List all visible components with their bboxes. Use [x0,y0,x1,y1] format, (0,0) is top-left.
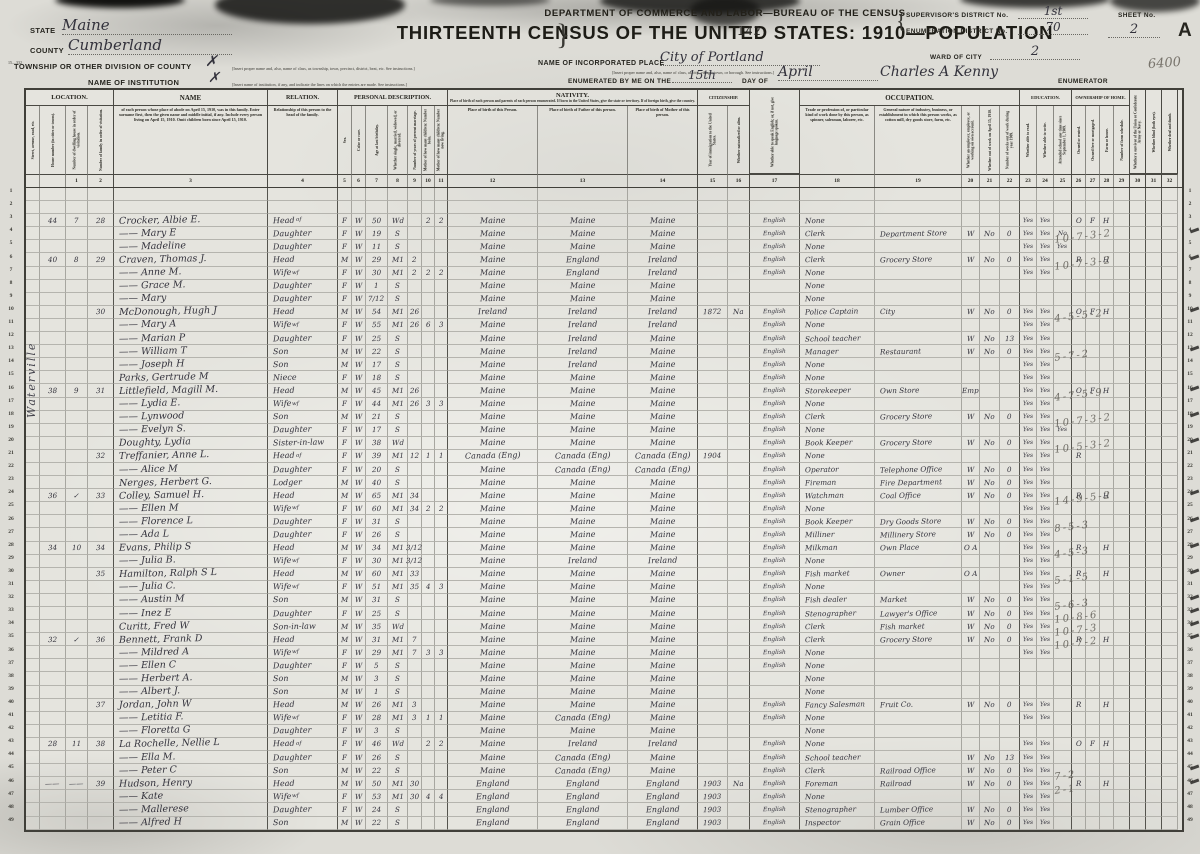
cell-sex: F [338,371,352,384]
cell-father_birthplace: Maine [538,568,628,581]
value-employer_class: Emp [962,386,979,395]
enumerator-label: ENUMERATOR [1058,78,1108,85]
cell-weeks_out: 0 [1000,620,1020,633]
cell-age: 53 [366,790,388,803]
cell-immigration_year [698,542,728,555]
value-trade: Stenographer [805,804,856,814]
cell-relation: Daughter [268,227,338,240]
cell-color: W [352,738,366,751]
cell-family: 30 [88,306,114,319]
value-relation: Lodger [273,477,302,487]
cell-employer_class: W [962,817,980,830]
cell-out_of_work [980,371,1000,384]
cell-children_born [422,777,435,790]
cell-children_living [435,764,448,777]
cell-marital: M1 [388,581,408,594]
cell-children_born [422,332,435,345]
cell-home_free_mortgaged [1086,476,1100,489]
cell-trade: Clerk [800,253,875,266]
cell-employer_class [962,293,980,306]
value-age: 22 [372,818,381,827]
cell-naturalized [728,594,750,607]
cell-sex: F [338,437,352,450]
line-number-left: 24 [1,489,21,495]
cell-yrs_married: 26 [408,319,422,332]
cell-write: Yes [1037,620,1054,633]
township-label: TOWNSHIP OR OTHER DIVISION OF COUNTY [14,62,191,71]
cell-children_living [435,253,448,266]
cell-birthplace: Maine [448,620,538,633]
cell-language: English [750,738,800,751]
value-write: Yes [1040,518,1050,525]
cell-birthplace: Maine [448,738,538,751]
value-mother_birthplace: Maine [650,425,676,435]
cell-marital: S [388,411,408,424]
cell-language: English [750,450,800,463]
cell-marital: M1 [388,568,408,581]
cell-birthplace: Ireland [448,306,538,319]
value-employer_class: W [967,766,975,775]
value-mother_birthplace: Maine [650,595,676,605]
column-desc: Mother of how many children: Number now … [437,108,446,172]
cell-color: W [352,306,366,319]
cell-mother_birthplace: Maine [628,646,698,659]
cell-language: English [750,476,800,489]
line-number-left: 27 [1,529,21,535]
cell-family [88,293,114,306]
value-employer_class: O A [964,543,978,552]
cell-weeks_out [1000,201,1020,214]
value-mother_birthplace: Maine [650,373,676,383]
cell-write: Yes [1037,476,1054,489]
value-marital: M1 [391,451,403,460]
value-out_of_work: No [984,700,995,709]
cell-family [88,267,114,280]
cell-name: Bennett, Frank D [114,633,268,646]
cell-father_birthplace: Ireland [538,332,628,345]
column-number: 26 [1072,174,1086,187]
cell-trade [800,188,875,201]
value-father_birthplace: Maine [570,530,596,540]
value-mother_birthplace: Maine [650,281,676,291]
cell-naturalized [728,293,750,306]
cell-industry [875,725,962,738]
value-read: Yes [1023,348,1033,355]
cell-weeks_out: 0 [1000,764,1020,777]
value-birthplace: Maine [480,674,506,684]
cell-blind [1146,803,1162,816]
cell-age: 1 [366,280,388,293]
group-title: RELATION. [286,95,319,101]
cell-blind [1146,358,1162,371]
value-relation: Head [273,700,295,709]
cell-mother_birthplace: Maine [628,528,698,541]
cell-dwelling [66,581,88,594]
cell-naturalized [728,437,750,450]
cell-trade: None [800,686,875,699]
value-language: English [763,321,786,328]
value-yrs_married: 34 [410,504,419,513]
cell-sex: F [338,293,352,306]
column-heading-father_birthplace: Place of birth of Father of this person. [538,106,628,174]
value-sex: F [342,464,347,473]
cell-relation: Wifewf [268,790,338,803]
value-relation: Wife [273,792,292,801]
value-color: W [355,674,363,683]
cell-color: W [352,214,366,227]
cell-name: Hamilton, Ralph S L [114,568,268,581]
cell-relation: Head [268,489,338,502]
cell-weeks_out: 0 [1000,594,1020,607]
cell-employer_class: W [962,699,980,712]
cell-relation: Son [268,411,338,424]
value-trade: Foreman [805,778,838,788]
value-name: —— Kate [119,790,163,802]
cell-read: Yes [1020,476,1037,489]
cell-children_living [435,463,448,476]
cell-mother_birthplace: Ireland [628,319,698,332]
value-employer_class: W [967,438,975,447]
cell-naturalized [728,267,750,280]
cell-name: —— Lydia E. [114,398,268,411]
cell-out_of_work: No [980,345,1000,358]
cell-dwelling [66,555,88,568]
value-name: —— Mary A [119,319,176,331]
column-heading-yrs_married: Number of years of present marriage. [408,106,422,174]
column-heading-sex: Sex. [338,106,352,174]
cell-children_born [422,476,435,489]
cell-school [1054,659,1072,672]
column-desc: Whether naturalized or alien. [736,108,740,172]
cell-write [1037,725,1054,738]
column-heading-write: Whether able to write. [1037,106,1054,174]
cell-marital: S [388,764,408,777]
cell-trade: Fish dealer [800,594,875,607]
value-trade: Milkman [805,543,838,553]
cell-relation: Son [268,358,338,371]
column-group-personal-description: PERSONAL DESCRIPTION. [338,90,448,106]
value-mother_birthplace: Maine [650,490,676,500]
cell-sex: F [338,803,352,816]
cell-read: Yes [1020,790,1037,803]
cell-house [40,764,66,777]
cell-farm_or_house [1100,686,1114,699]
group-note: Place of birth of each person and parent… [448,99,697,103]
column-heading-language: Whether able to speak English; or, if no… [770,93,779,171]
cell-color: W [352,515,366,528]
value-father_birthplace: Ireland [568,333,598,343]
line-number-left: 48 [1,804,21,810]
cell-trade: None [800,738,875,751]
cell-mother_birthplace: Maine [628,227,698,240]
cell-school [1054,476,1072,489]
value-name: —— Floretta G [119,725,191,737]
cell-sex: F [338,502,352,515]
cell-name: —— Joseph H [114,358,268,371]
value-color: W [355,700,363,709]
census-title: THIRTEENTH CENSUS OF THE UNITED STATES: … [310,22,1140,44]
cell-age: 60 [366,502,388,515]
value-write: Yes [1040,780,1050,787]
value-trade: Clerk [805,412,825,421]
value-father_birthplace: Ireland [568,359,598,369]
value-name: —— Evelyn S. [119,424,186,436]
cell-read: Yes [1020,267,1037,280]
cell-family [88,371,114,384]
cell-farm_or_house [1100,803,1114,816]
value-read: Yes [1023,256,1033,263]
value-relation: Wife [273,504,292,513]
value-relation: Daughter [273,608,312,618]
column-number: 5 [338,174,352,187]
cell-employer_class [962,738,980,751]
cell-sex: F [338,332,352,345]
value-employer_class: W [967,517,975,526]
value-language: English [763,753,786,760]
value-mother_birthplace: Ireland [648,556,678,566]
line-number-left: 9 [1,293,21,299]
cell-out_of_work [980,738,1000,751]
cell-relation [268,201,338,214]
cell-marital: S [388,280,408,293]
value-color: W [355,687,363,696]
value-birthplace: Maine [480,215,506,225]
value-out_of_work: No [984,530,995,539]
cell-deaf [1162,280,1178,293]
cell-mother_birthplace: Maine [628,515,698,528]
cell-age: 29 [366,253,388,266]
line-number-left: 11 [1,319,21,325]
cell-employer_class: W [962,463,980,476]
value-color: W [355,255,363,264]
value-birthplace: Maine [480,634,506,644]
cell-naturalized [728,790,750,803]
cell-farm_schedule [1114,817,1130,830]
column-heading-street: Street, avenue, road, etc. [26,106,40,174]
line-number-left: 46 [1,778,21,784]
cell-children_born: 6 [422,319,435,332]
value-mother_birthplace: Ireland [648,255,678,265]
cell-father_birthplace: Maine [538,476,628,489]
cell-weeks_out [1000,725,1020,738]
cell-home_owned_rented [1072,803,1086,816]
cell-family: 38 [88,738,114,751]
value-color: W [355,661,363,670]
value-name: —— Mildred A [119,646,189,658]
cell-house: 34 [40,542,66,555]
cell-father_birthplace [538,201,628,214]
value-write: Yes [1040,623,1050,630]
cell-mother_birthplace: Maine [628,594,698,607]
cell-house [40,712,66,725]
value-trade: None [805,556,825,565]
cell-mother_birthplace: Maine [628,686,698,699]
value-weeks_out: 0 [1007,700,1012,709]
cell-marital: S [388,817,408,830]
value-home_owned_rented: R [1076,451,1082,460]
cell-color: W [352,253,366,266]
cell-relation: Son [268,672,338,685]
value-name: —— Albert J. [119,685,180,697]
cell-children_living [435,515,448,528]
value-marital: M1 [391,713,403,722]
cell-children_living [435,607,448,620]
value-language: English [763,570,786,577]
cell-immigration_year [698,633,728,646]
cell-language: English [750,790,800,803]
enumerated-label: ENUMERATED BY ME ON THE [568,78,671,85]
value-father_birthplace: Ireland [568,307,598,317]
cell-weeks_out [1000,790,1020,803]
cell-weeks_out: 0 [1000,437,1020,450]
cell-veteran [1130,672,1146,685]
cell-mother_birthplace: Canada (Eng) [628,463,698,476]
cell-language: English [750,712,800,725]
cell-read: Yes [1020,319,1037,332]
cell-out_of_work [980,555,1000,568]
value-trade: Clerk [805,621,825,630]
cell-immigration_year [698,371,728,384]
cell-color: W [352,227,366,240]
cell-color: W [352,790,366,803]
value-family: 37 [96,700,105,709]
supervisor-label: SUPERVISOR'S DISTRICT No. [906,12,1008,19]
cell-color: W [352,411,366,424]
value-yrs_married: 26 [410,320,419,329]
value-read: Yes [1023,793,1033,800]
month-value: April [778,64,878,81]
value-write: Yes [1040,479,1050,486]
cell-children_born [422,659,435,672]
cell-industry: Department Store [875,227,962,240]
value-marital: S [395,334,400,343]
cell-blind [1146,201,1162,214]
line-number-left: 37 [1,660,21,666]
cell-naturalized [728,398,750,411]
cell-deaf [1162,712,1178,725]
cell-children_living [435,345,448,358]
cell-birthplace: England [448,777,538,790]
cell-relation: Wifewf [268,646,338,659]
column-heading-name: of each person whose place of abode on A… [114,106,268,174]
cell-house [40,411,66,424]
value-write: Yes [1040,701,1050,708]
cell-marital: M1 [388,646,408,659]
cell-family [88,188,114,201]
value-trade: Clerk [805,229,825,238]
cell-marital: Wd [388,214,408,227]
cell-deaf [1162,463,1178,476]
cell-read [1020,672,1037,685]
cell-trade: Clerk [800,411,875,424]
cell-relation: Son-in-law [268,620,338,633]
value-father_birthplace: Maine [570,543,596,553]
value-dwelling: 8 [74,255,79,264]
cell-father_birthplace: Maine [538,515,628,528]
cell-house [40,424,66,437]
value-age: 50 [372,779,381,788]
cell-mother_birthplace: Ireland [628,306,698,319]
cell-yrs_married [408,424,422,437]
value-house: 40 [48,255,57,264]
cell-dwelling [66,306,88,319]
cell-out_of_work [980,201,1000,214]
cell-family: 31 [88,384,114,397]
cell-birthplace: Maine [448,607,538,620]
column-group-ownership-of-home: OWNERSHIP OF HOME. [1072,90,1130,106]
cell-immigration_year: 1872 [698,306,728,319]
value-sex: M [341,478,349,487]
cell-weeks_out: 0 [1000,633,1020,646]
cell-dwelling [66,803,88,816]
cell-name: —— Grace M. [114,280,268,293]
cell-children_born [422,306,435,319]
cell-farm_or_house [1100,476,1114,489]
cell-farm_schedule [1114,555,1130,568]
cell-read: Yes [1020,332,1037,345]
cell-birthplace: Canada (Eng) [448,450,538,463]
value-relation: Son [273,687,289,696]
value-name: —— Mallerese [119,803,189,815]
cell-home_free_mortgaged [1086,725,1100,738]
cell-out_of_work: No [980,528,1000,541]
cell-industry [875,240,962,253]
cell-immigration_year [698,188,728,201]
cell-father_birthplace: Maine [538,542,628,555]
cell-age: 26 [366,699,388,712]
cell-mother_birthplace: Maine [628,725,698,738]
value-language: English [763,256,786,263]
value-home_free_mortgaged: F [1090,739,1095,748]
cell-trade: School teacher [800,332,875,345]
value-mother_birthplace: Maine [650,543,676,553]
cell-immigration_year [698,463,728,476]
value-sex: F [342,451,347,460]
cell-trade: None [800,358,875,371]
value-language: English [763,780,786,787]
value-language: English [763,478,786,485]
value-marital: S [395,347,400,356]
column-desc: Place of birth of this Person. [450,107,535,112]
column-group-nativity: NATIVITY.Place of birth of each person a… [448,90,698,106]
cell-children_born [422,515,435,528]
cell-write: Yes [1037,502,1054,515]
cell-weeks_out: 13 [1000,751,1020,764]
value-age: 51 [372,582,381,591]
value-age: 24 [372,805,381,814]
cell-house [40,725,66,738]
cell-employer_class: W [962,777,980,790]
cell-father_birthplace: Canada (Eng) [538,751,628,764]
column-heading-children_living: Mother of how many children: Number now … [435,106,448,174]
cell-industry: Restaurant [875,345,962,358]
cell-family [88,463,114,476]
value-name: —— Alice M [119,463,178,475]
cell-marital: M1 [388,502,408,515]
relation-note: of [296,453,301,459]
value-trade: None [805,713,825,722]
cell-family [88,659,114,672]
value-write: Yes [1040,544,1050,551]
value-father_birthplace: England [566,268,600,278]
cell-house [40,306,66,319]
value-mother_birthplace: Maine [650,569,676,579]
value-name: Doughty, Lydia [119,437,191,450]
value-read: Yes [1023,308,1033,315]
value-name: McDonough, Hugh J [119,305,217,318]
cell-sex: M [338,817,352,830]
cell-trade: None [800,581,875,594]
